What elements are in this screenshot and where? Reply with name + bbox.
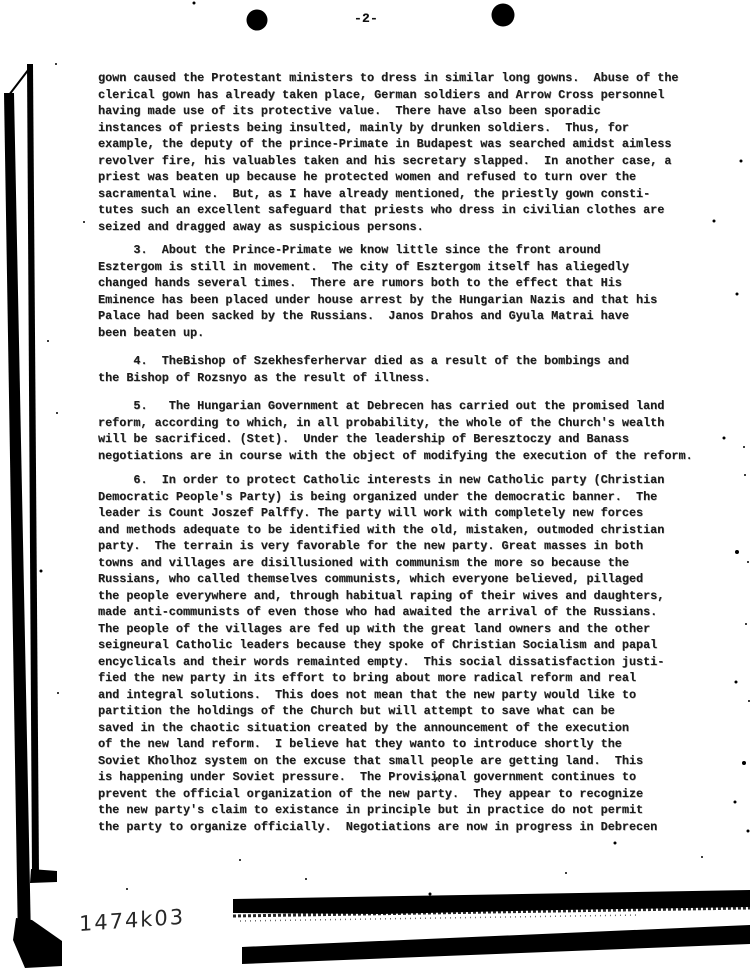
page-number: -2- <box>354 12 378 26</box>
paragraph-p2-continuation: gown caused the Protestant ministers to … <box>98 70 718 235</box>
scan-bar-bottom-upper-speckle <box>233 908 750 916</box>
scan-edge-bar-inner <box>27 64 39 875</box>
scan-fold-line <box>9 65 32 95</box>
insertion-caret-mark: ^ <box>434 778 441 789</box>
paragraph-item-3: 3. About the Prince-Primate we know litt… <box>98 242 718 341</box>
hole-punch-right <box>492 4 515 27</box>
paragraph-item-6: 6. In order to protect Catholic interest… <box>98 472 718 835</box>
scan-edge-bar-inner-foot <box>30 869 57 883</box>
scan-edge-bar-outer-foot <box>13 918 62 968</box>
document-body: gown caused the Protestant ministers to … <box>98 70 718 835</box>
scan-bar-bottom-lower <box>242 925 750 964</box>
scan-bar-bottom-upper-speckle2 <box>240 915 640 921</box>
paragraph-item-5: 5. The Hungarian Government at Debrecen … <box>98 398 718 464</box>
paragraph-item-4: 4. TheBishop of Szekhesferhervar died as… <box>98 353 718 386</box>
scan-bar-bottom-upper <box>233 890 750 914</box>
handwritten-note: 1474k03 <box>79 905 185 936</box>
scan-edge-bar-outer <box>4 93 31 944</box>
hole-punch-left <box>247 10 268 31</box>
scanned-document-page: -2- gown caused the Protestant ministers… <box>0 0 750 972</box>
